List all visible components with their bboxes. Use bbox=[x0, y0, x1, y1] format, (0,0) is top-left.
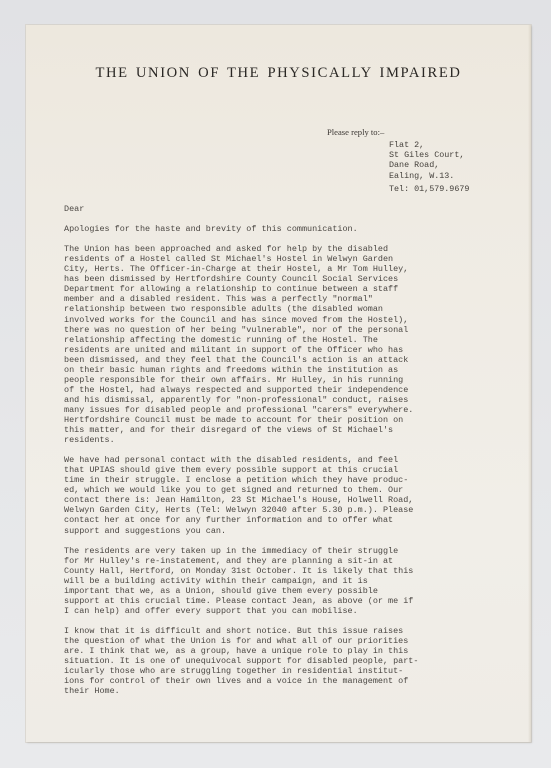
paragraph-line: people responsible for their own affairs… bbox=[64, 375, 524, 385]
paragraph-line: relationship between two responsible adu… bbox=[64, 304, 524, 314]
paragraph-line: there was no question of her being "vuln… bbox=[64, 325, 524, 335]
paragraph-line: situation. It is one of unequivocal supp… bbox=[64, 656, 524, 666]
paragraph-line: We have had personal contact with the di… bbox=[64, 455, 524, 465]
paragraph-line: support and suggestions you can. bbox=[64, 526, 524, 536]
paragraph-line: of the Hostel, had always respected and … bbox=[64, 385, 524, 395]
paragraph-line: are. I think that we, as a group, have a… bbox=[64, 646, 524, 656]
paragraph-line: The Union has been approached and asked … bbox=[64, 244, 524, 254]
reply-address: Flat 2, St Giles Court, Dane Road, Ealin… bbox=[389, 140, 464, 181]
paragraph-line: important that we, as a Union, should gi… bbox=[64, 586, 524, 596]
paragraph-line: residents of a Hostel called St Michael'… bbox=[64, 254, 524, 264]
salutation: Dear bbox=[64, 204, 524, 214]
paragraph-line: time in their struggle. I enclose a peti… bbox=[64, 475, 524, 485]
paragraph-line: I can help) and offer every support that… bbox=[64, 606, 524, 616]
letter-paragraph: We have had personal contact with the di… bbox=[64, 455, 524, 535]
paragraph-line: contact her at once for any further info… bbox=[64, 515, 524, 525]
address-line: St Giles Court, bbox=[389, 150, 464, 160]
paragraph-line: Welwyn Garden City, Herts (Tel: Welwyn 3… bbox=[64, 505, 524, 515]
paragraph-line: ed, which we would like you to get signe… bbox=[64, 485, 524, 495]
paragraph-line: for Mr Hulley's re-instatement, and they… bbox=[64, 556, 524, 566]
letter-paragraphs: Apologies for the haste and brevity of t… bbox=[64, 224, 524, 696]
paragraph-line: ions for control of their own lives and … bbox=[64, 676, 524, 686]
letter-page: THE UNION OF THE PHYSICALLY IMPAIRED Ple… bbox=[26, 25, 531, 742]
paragraph-line: County Hall, Hertford, on Monday 31st Oc… bbox=[64, 566, 524, 576]
letter-paragraph: The residents are very taken up in the i… bbox=[64, 546, 524, 616]
paragraph-line: Department for allowing a relationship t… bbox=[64, 284, 524, 294]
paragraph-line: that UPIAS should give them every possib… bbox=[64, 465, 524, 475]
paragraph-line: involved works for the Council and has s… bbox=[64, 315, 524, 325]
paragraph-line: has been dismissed by Hertfordshire Coun… bbox=[64, 274, 524, 284]
address-line: Ealing, W.13. bbox=[389, 171, 464, 181]
telephone-number: Tel: 01,579.9679 bbox=[389, 184, 469, 194]
letter-paragraph: I know that it is difficult and short no… bbox=[64, 626, 524, 696]
paragraph-line: Hertfordshire Council must be made to ac… bbox=[64, 415, 524, 425]
reply-to-label: Please reply to:– bbox=[327, 127, 384, 137]
paragraph-line: residents. bbox=[64, 435, 524, 445]
address-line: Dane Road, bbox=[389, 160, 464, 170]
paragraph-line: and his dismissal, apparently for "non-p… bbox=[64, 395, 524, 405]
paragraph-line: their Home. bbox=[64, 686, 524, 696]
paragraph-line: I know that it is difficult and short no… bbox=[64, 626, 524, 636]
paragraph-line: the question of what the Union is for an… bbox=[64, 636, 524, 646]
letter-paragraph: Apologies for the haste and brevity of t… bbox=[64, 224, 524, 234]
paragraph-line: many issues for disabled people and prof… bbox=[64, 405, 524, 415]
paragraph-line: support at this crucial time. Please con… bbox=[64, 596, 524, 606]
organisation-letterhead: THE UNION OF THE PHYSICALLY IMPAIRED bbox=[26, 65, 531, 82]
paragraph-line: Apologies for the haste and brevity of t… bbox=[64, 224, 524, 234]
paragraph-line: icularly those who are struggling togeth… bbox=[64, 666, 524, 676]
paragraph-line: relationship affecting the domestic runn… bbox=[64, 335, 524, 345]
paragraph-line: been dismissed, and they feel that the C… bbox=[64, 355, 524, 365]
paragraph-line: member and a disabled resident. This was… bbox=[64, 294, 524, 304]
paragraph-line: on their basic human rights and freedoms… bbox=[64, 365, 524, 375]
address-line: Flat 2, bbox=[389, 140, 464, 150]
paragraph-line: contact there is: Jean Hamilton, 23 St M… bbox=[64, 495, 524, 505]
letter-paragraph: The Union has been approached and asked … bbox=[64, 244, 524, 445]
paragraph-line: City, Herts. The Officer-in-Charge at th… bbox=[64, 264, 524, 274]
paragraph-line: will be a building activity within their… bbox=[64, 576, 524, 586]
letter-body: Dear Apologies for the haste and brevity… bbox=[64, 204, 524, 706]
paragraph-line: this matter, and for their disregard of … bbox=[64, 425, 524, 435]
paragraph-line: residents are united and militant in sup… bbox=[64, 345, 524, 355]
paragraph-line: The residents are very taken up in the i… bbox=[64, 546, 524, 556]
